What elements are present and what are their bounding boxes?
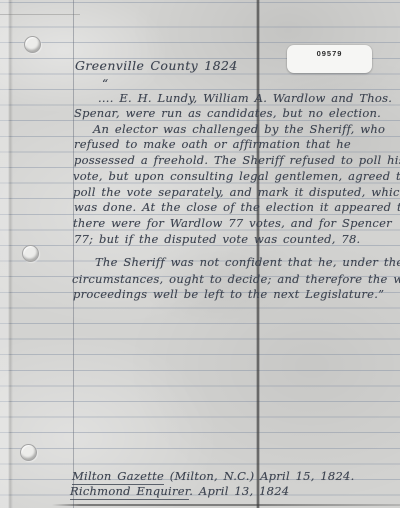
- body-line-4: refused to make oath or affirmation that…: [74, 137, 351, 151]
- scanned-notebook-page: 09579 Greenville County 1824 “ .... E. H…: [0, 0, 400, 508]
- body-line-12: circumstances, ought to decide; and ther…: [72, 272, 400, 286]
- body-line-1: .... E. H. Lundy, William A. Wardlow and…: [98, 91, 392, 105]
- opening-quote-mark: “: [102, 77, 108, 91]
- body-line-8: was done. At the close of the election i…: [74, 200, 400, 214]
- citation-1-title: Milton Gazette: [72, 469, 164, 485]
- citation-2-detail: . April 13, 1824: [189, 484, 289, 498]
- page-top-edge: [0, 14, 80, 15]
- body-line-9: there were for Wardlow 77 votes, and for…: [73, 216, 392, 230]
- page-crease-line: [256, 0, 260, 508]
- citation-2-title: Richmond Enquirer: [70, 484, 189, 500]
- body-line-5: possessed a freehold. The Sheriff refuse…: [74, 153, 400, 167]
- punch-hole-top: [24, 36, 41, 53]
- citation-line-2: Richmond Enquirer. April 13, 1824: [70, 484, 289, 498]
- punch-hole-bottom: [20, 444, 37, 461]
- archival-number-sticker: 09579: [287, 45, 372, 73]
- body-line-3: An elector was challenged by the Sheriff…: [93, 122, 385, 136]
- body-line-7: poll the vote separately, and mark it di…: [73, 185, 400, 199]
- body-line-2: Spenar, were run as candidates, but no e…: [74, 106, 381, 120]
- body-line-10: 77; but if the disputed vote was counted…: [74, 232, 360, 246]
- citation-1-detail: (Milton, N.C.) April 15, 1824.: [164, 469, 355, 483]
- page-bottom-edge: [52, 504, 400, 506]
- body-line-6: vote, but upon consulting legal gentleme…: [73, 169, 400, 183]
- ruled-lines: [0, 0, 400, 508]
- body-line-13: proceedings well be left to the next Leg…: [73, 287, 384, 301]
- punch-hole-middle: [22, 245, 39, 262]
- body-line-11: The Sheriff was not confident that he, u…: [95, 255, 400, 269]
- page-left-edge: [0, 0, 13, 508]
- citation-line-1: Milton Gazette (Milton, N.C.) April 15, …: [72, 469, 355, 483]
- margin-line: [73, 0, 74, 508]
- photocopy-texture: [0, 0, 400, 508]
- document-heading: Greenville County 1824: [75, 58, 238, 73]
- archival-number: 09579: [287, 49, 372, 58]
